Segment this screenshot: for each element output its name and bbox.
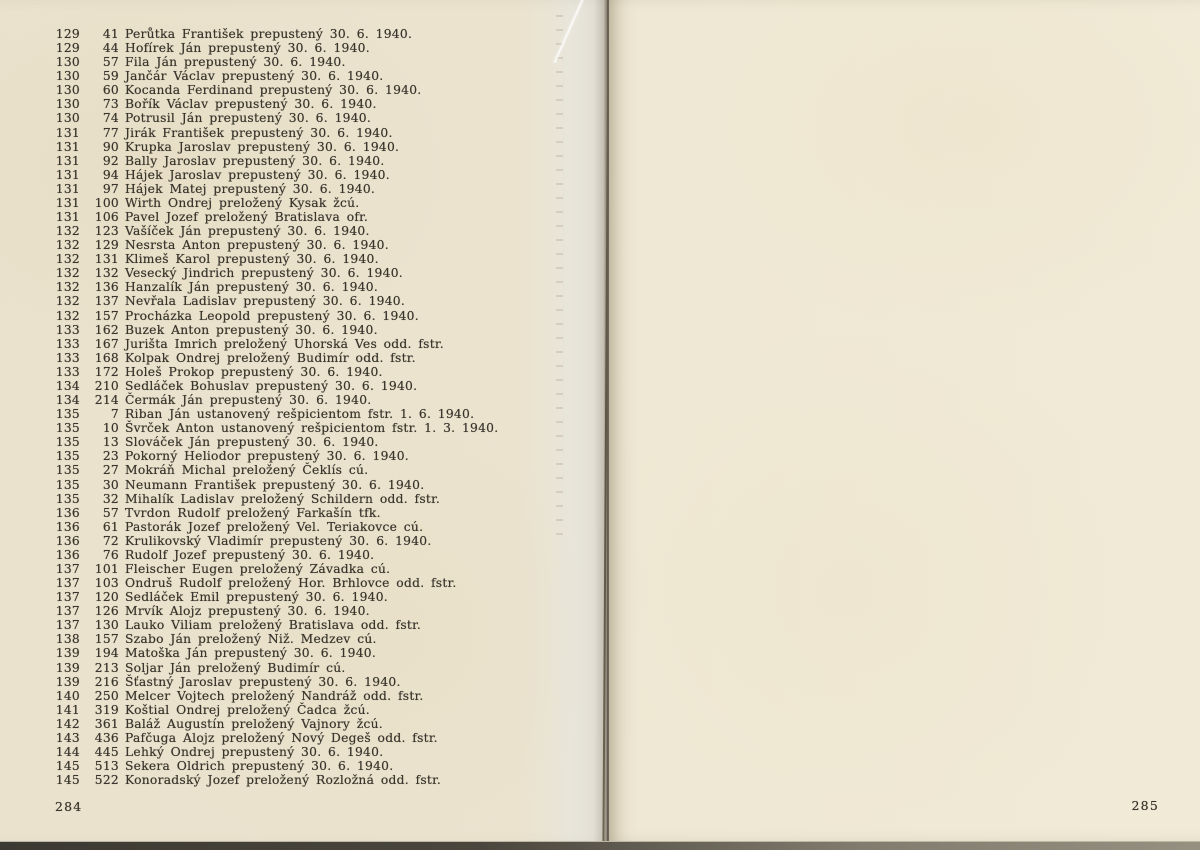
entry-text: Kocanda Ferdinand prepustený 30. 6. 1940… — [125, 83, 587, 97]
register-page-ref: 131 — [54, 168, 80, 182]
entry-text: Vašíček Ján prepustený 30. 6. 1940. — [125, 224, 587, 238]
register-entry-row: 137 101 Fleischer Eugen preložený Závadk… — [54, 562, 587, 576]
register-entry-row: 133 168 Kolpak Ondrej preložený Budimír … — [54, 351, 587, 365]
register-entry-row: 137 120 Sedláček Emil prepustený 30. 6. … — [54, 590, 587, 604]
register-entry-row: 130 57 Fila Ján prepustený 30. 6. 1940. — [54, 55, 587, 69]
entry-text: Pokorný Heliodor prepustený 30. 6. 1940. — [125, 449, 587, 463]
register-page-ref: 136 — [54, 548, 80, 562]
register-page-ref: 138 — [54, 632, 80, 646]
register-page-ref: 137 — [54, 604, 80, 618]
entry-number: 361 — [85, 717, 119, 731]
register-entry-row: 145 513 Sekera Oldrich prepustený 30. 6.… — [54, 759, 587, 773]
entry-number: 137 — [85, 294, 119, 308]
register-entry-row: 129 41 Perůtka František prepustený 30. … — [54, 27, 587, 41]
entry-number: 90 — [85, 140, 119, 154]
register-page-ref: 130 — [54, 69, 80, 83]
entry-text: Krulikovský Vladimír prepustený 30. 6. 1… — [125, 534, 587, 548]
register-entry-row: 142 361 Baláž Augustín preložený Vajnory… — [54, 717, 587, 731]
register-page-ref: 133 — [54, 365, 80, 379]
entry-text: Kolpak Ondrej preložený Budimír odd. fst… — [125, 351, 587, 365]
register-entry-row: 144 445 Lehký Ondrej prepustený 30. 6. 1… — [54, 745, 587, 759]
register-page-ref: 133 — [54, 323, 80, 337]
entry-number: 27 — [85, 463, 119, 477]
entry-number: 130 — [85, 618, 119, 632]
register-page-ref: 135 — [54, 449, 80, 463]
book-scan: 129 41 Perůtka František prepustený 30. … — [0, 0, 1200, 850]
entry-text: Bally Jaroslav prepustený 30. 6. 1940. — [125, 154, 587, 168]
entry-number: 216 — [85, 675, 119, 689]
entry-text: Buzek Anton prepustený 30. 6. 1940. — [125, 323, 587, 337]
register-page-ref: 135 — [54, 421, 80, 435]
register-page-ref: 137 — [54, 576, 80, 590]
left-page-entry-list: 129 41 Perůtka František prepustený 30. … — [54, 27, 587, 787]
entry-text: Vesecký Jindrich prepustený 30. 6. 1940. — [125, 266, 587, 280]
entry-number: 132 — [85, 266, 119, 280]
entry-number: 522 — [85, 773, 119, 787]
register-entry-row: 137 130 Lauko Viliam preložený Bratislav… — [54, 618, 587, 632]
register-entry-row: 131 106 Pavel Jozef preložený Bratislava… — [54, 210, 587, 224]
register-page-ref: 145 — [54, 759, 80, 773]
entry-number: 513 — [85, 759, 119, 773]
entry-number: 72 — [85, 534, 119, 548]
register-page-ref: 136 — [54, 506, 80, 520]
entry-number: 57 — [85, 506, 119, 520]
register-page-ref: 131 — [54, 154, 80, 168]
register-page-ref: 141 — [54, 703, 80, 717]
entry-text: Mihalík Ladislav preložený Schildern odd… — [125, 492, 587, 506]
entry-number: 194 — [85, 646, 119, 660]
entry-number: 23 — [85, 449, 119, 463]
entry-text: Nesrsta Anton prepustený 30. 6. 1940. — [125, 238, 587, 252]
entry-text: Mokráň Michal preložený Čeklís cú. — [125, 463, 587, 477]
register-entry-row: 143 436 Pafčuga Alojz preložený Nový Deg… — [54, 731, 587, 745]
register-entry-row: 135 13 Slováček Ján prepustený 30. 6. 19… — [54, 435, 587, 449]
register-page-ref: 132 — [54, 280, 80, 294]
entry-number: 172 — [85, 365, 119, 379]
left-page-number: 284 — [55, 799, 82, 814]
register-entry-row: 135 10 Švrček Anton ustanovený rešpicien… — [54, 421, 587, 435]
entry-number: 10 — [85, 421, 119, 435]
entry-number: 76 — [85, 548, 119, 562]
register-page-ref: 132 — [54, 266, 80, 280]
register-page-ref: 131 — [54, 140, 80, 154]
entry-text: Neumann František prepustený 30. 6. 1940… — [125, 478, 587, 492]
entry-number: 162 — [85, 323, 119, 337]
register-page-ref: 139 — [54, 646, 80, 660]
register-page-ref: 136 — [54, 520, 80, 534]
entry-number: 59 — [85, 69, 119, 83]
entry-text: Riban Ján ustanovený rešpicientom fstr. … — [125, 407, 587, 421]
register-entry-row: 131 97 Hájek Matej prepustený 30. 6. 194… — [54, 182, 587, 196]
register-page-ref: 137 — [54, 618, 80, 632]
entry-number: 92 — [85, 154, 119, 168]
entry-text: Koštial Ondrej preložený Čadca žcú. — [125, 703, 587, 717]
register-entry-row: 130 73 Bořík Václav prepustený 30. 6. 19… — [54, 97, 587, 111]
register-entry-row: 133 167 Jurišta Imrich preložený Uhorská… — [54, 337, 587, 351]
register-entry-row: 135 27 Mokráň Michal preložený Čeklís cú… — [54, 463, 587, 477]
entry-text: Baláž Augustín preložený Vajnory žcú. — [125, 717, 587, 731]
register-entry-row: 140 250 Melcer Vojtech preložený Nandráž… — [54, 689, 587, 703]
entry-number: 136 — [85, 280, 119, 294]
register-page-ref: 130 — [54, 97, 80, 111]
register-page-ref: 135 — [54, 478, 80, 492]
register-page-ref: 133 — [54, 351, 80, 365]
entry-number: 129 — [85, 238, 119, 252]
entry-text: Švrček Anton ustanovený rešpicientom fst… — [125, 421, 587, 435]
entry-number: 101 — [85, 562, 119, 576]
entry-number: 167 — [85, 337, 119, 351]
register-page-ref: 132 — [54, 294, 80, 308]
entry-number: 44 — [85, 41, 119, 55]
register-entry-row: 130 60 Kocanda Ferdinand prepustený 30. … — [54, 83, 587, 97]
entry-number: 77 — [85, 126, 119, 140]
register-entry-row: 132 137 Nevřala Ladislav prepustený 30. … — [54, 294, 587, 308]
entry-text: Hájek Jaroslav prepustený 30. 6. 1940. — [125, 168, 587, 182]
entry-text: Šťastný Jaroslav prepustený 30. 6. 1940. — [125, 675, 587, 689]
entry-text: Szabo Ján preložený Niž. Medzev cú. — [125, 632, 587, 646]
register-page-ref: 131 — [54, 182, 80, 196]
entry-text: Pafčuga Alojz preložený Nový Degeš odd. … — [125, 731, 587, 745]
register-page-ref: 132 — [54, 252, 80, 266]
entry-text: Matoška Ján prepustený 30. 6. 1940. — [125, 646, 587, 660]
register-entry-row: 141 319 Koštial Ondrej preložený Čadca ž… — [54, 703, 587, 717]
entry-text: Jirák František prepustený 30. 6. 1940. — [125, 126, 587, 140]
entry-text: Konoradský Jozef preložený Rozložná odd.… — [125, 773, 587, 787]
register-entry-row: 131 90 Krupka Jaroslav prepustený 30. 6.… — [54, 140, 587, 154]
register-page-ref: 130 — [54, 55, 80, 69]
register-page-ref: 140 — [54, 689, 80, 703]
entry-text: Bořík Václav prepustený 30. 6. 1940. — [125, 97, 587, 111]
entry-number: 103 — [85, 576, 119, 590]
entry-number: 250 — [85, 689, 119, 703]
entry-text: Hofírek Ján prepustený 30. 6. 1940. — [125, 41, 587, 55]
register-page-ref: 142 — [54, 717, 80, 731]
entry-number: 214 — [85, 393, 119, 407]
entry-text: Melcer Vojtech preložený Nandráž odd. fs… — [125, 689, 587, 703]
register-entry-row: 131 92 Bally Jaroslav prepustený 30. 6. … — [54, 154, 587, 168]
entry-text: Ondruš Rudolf preložený Hor. Brhlovce od… — [125, 576, 587, 590]
entry-number: 319 — [85, 703, 119, 717]
register-entry-row: 137 103 Ondruš Rudolf preložený Hor. Brh… — [54, 576, 587, 590]
register-entry-row: 138 157 Szabo Ján preložený Niž. Medzev … — [54, 632, 587, 646]
register-page-ref: 135 — [54, 492, 80, 506]
register-entry-row: 132 123 Vašíček Ján prepustený 30. 6. 19… — [54, 224, 587, 238]
register-entry-row: 131 77 Jirák František prepustený 30. 6.… — [54, 126, 587, 140]
register-page-ref: 135 — [54, 463, 80, 477]
register-page-ref: 130 — [54, 83, 80, 97]
register-entry-row: 136 72 Krulikovský Vladimír prepustený 3… — [54, 534, 587, 548]
register-entry-row: 133 162 Buzek Anton prepustený 30. 6. 19… — [54, 323, 587, 337]
entry-text: Klimeš Karol prepustený 30. 6. 1940. — [125, 252, 587, 266]
register-entry-row: 133 172 Holeš Prokop prepustený 30. 6. 1… — [54, 365, 587, 379]
right-page-number: 285 — [1132, 798, 1159, 813]
register-entry-row: 134 210 Sedláček Bohuslav prepustený 30.… — [54, 379, 587, 393]
register-page-ref: 131 — [54, 126, 80, 140]
entry-number: 126 — [85, 604, 119, 618]
register-entry-row: 132 136 Hanzalík Ján prepustený 30. 6. 1… — [54, 280, 587, 294]
entry-number: 210 — [85, 379, 119, 393]
register-page-ref: 144 — [54, 745, 80, 759]
register-entry-row: 136 61 Pastorák Jozef preložený Vel. Ter… — [54, 520, 587, 534]
entry-text: Pavel Jozef preložený Bratislava ofr. — [125, 210, 587, 224]
entry-text: Procházka Leopold prepustený 30. 6. 1940… — [125, 309, 587, 323]
register-page-ref: 145 — [54, 773, 80, 787]
entry-number: 100 — [85, 196, 119, 210]
entry-number: 61 — [85, 520, 119, 534]
entry-number: 213 — [85, 661, 119, 675]
entry-number: 13 — [85, 435, 119, 449]
register-entry-row: 129 44 Hofírek Ján prepustený 30. 6. 194… — [54, 41, 587, 55]
register-entry-row: 132 131 Klimeš Karol prepustený 30. 6. 1… — [54, 252, 587, 266]
register-page-ref: 135 — [54, 435, 80, 449]
entry-number: 157 — [85, 632, 119, 646]
entry-number: 168 — [85, 351, 119, 365]
register-entry-row: 139 213 Soljar Ján preložený Budimír cú. — [54, 661, 587, 675]
register-page-ref: 134 — [54, 393, 80, 407]
entry-text: Sekera Oldrich prepustený 30. 6. 1940. — [125, 759, 587, 773]
register-entry-row: 139 216 Šťastný Jaroslav prepustený 30. … — [54, 675, 587, 689]
register-entry-row: 130 59 Jančár Václav prepustený 30. 6. 1… — [54, 69, 587, 83]
register-page-ref: 137 — [54, 590, 80, 604]
register-page-ref: 130 — [54, 111, 80, 125]
register-page-ref: 129 — [54, 41, 80, 55]
register-entry-row: 139 194 Matoška Ján prepustený 30. 6. 19… — [54, 646, 587, 660]
register-page-ref: 135 — [54, 407, 80, 421]
register-entry-row: 136 57 Tvrdon Rudolf preložený Farkašín … — [54, 506, 587, 520]
entry-number: 32 — [85, 492, 119, 506]
entry-text: Lauko Viliam preložený Bratislava odd. f… — [125, 618, 587, 632]
entry-text: Soljar Ján preložený Budimír cú. — [125, 661, 587, 675]
register-entry-row: 135 30 Neumann František prepustený 30. … — [54, 478, 587, 492]
entry-number: 94 — [85, 168, 119, 182]
register-page-ref: 143 — [54, 731, 80, 745]
register-page-ref: 129 — [54, 27, 80, 41]
entry-text: Jančár Václav prepustený 30. 6. 1940. — [125, 69, 587, 83]
register-page-ref: 133 — [54, 337, 80, 351]
entry-text: Hanzalík Ján prepustený 30. 6. 1940. — [125, 280, 587, 294]
register-entry-row: 136 76 Rudolf Jozef prepustený 30. 6. 19… — [54, 548, 587, 562]
entry-number: 73 — [85, 97, 119, 111]
register-page-ref: 131 — [54, 196, 80, 210]
register-page-ref: 132 — [54, 309, 80, 323]
entry-number: 157 — [85, 309, 119, 323]
register-page-ref: 132 — [54, 224, 80, 238]
register-entry-row: 131 100 Wirth Ondrej preložený Kysak žcú… — [54, 196, 587, 210]
entry-text: Tvrdon Rudolf preložený Farkašín tfk. — [125, 506, 587, 520]
entry-text: Krupka Jaroslav prepustený 30. 6. 1940. — [125, 140, 587, 154]
register-entry-row: 135 7 Riban Ján ustanovený rešpicientom … — [54, 407, 587, 421]
register-entry-row: 134 214 Čermák Ján prepustený 30. 6. 194… — [54, 393, 587, 407]
register-page-ref: 139 — [54, 675, 80, 689]
register-page-ref: 132 — [54, 238, 80, 252]
entry-number: 74 — [85, 111, 119, 125]
register-page-ref: 139 — [54, 661, 80, 675]
register-entry-row: 131 94 Hájek Jaroslav prepustený 30. 6. … — [54, 168, 587, 182]
register-entry-row: 137 126 Mrvík Alojz prepustený 30. 6. 19… — [54, 604, 587, 618]
entry-number: 30 — [85, 478, 119, 492]
register-page-ref: 136 — [54, 534, 80, 548]
register-entry-row: 132 132 Vesecký Jindrich prepustený 30. … — [54, 266, 587, 280]
scan-bottom-edge — [0, 841, 1200, 850]
entry-number: 57 — [85, 55, 119, 69]
entry-number: 97 — [85, 182, 119, 196]
entry-text: Mrvík Alojz prepustený 30. 6. 1940. — [125, 604, 587, 618]
entry-number: 445 — [85, 745, 119, 759]
register-entry-row: 130 74 Potrusil Ján prepustený 30. 6. 19… — [54, 111, 587, 125]
left-page: 129 41 Perůtka František prepustený 30. … — [0, 0, 607, 843]
register-entry-row: 135 23 Pokorný Heliodor prepustený 30. 6… — [54, 449, 587, 463]
entry-number: 123 — [85, 224, 119, 238]
register-entry-row: 132 129 Nesrsta Anton prepustený 30. 6. … — [54, 238, 587, 252]
entry-number: 106 — [85, 210, 119, 224]
entry-number: 436 — [85, 731, 119, 745]
entry-text: Potrusil Ján prepustený 30. 6. 1940. — [125, 111, 587, 125]
entry-number: 41 — [85, 27, 119, 41]
entry-text: Perůtka František prepustený 30. 6. 1940… — [125, 27, 587, 41]
entry-number: 120 — [85, 590, 119, 604]
register-page-ref: 134 — [54, 379, 80, 393]
entry-text: Jurišta Imrich preložený Uhorská Ves odd… — [125, 337, 587, 351]
entry-number: 60 — [85, 83, 119, 97]
register-entry-row: 145 522 Konoradský Jozef preložený Rozlo… — [54, 773, 587, 787]
entry-text: Nevřala Ladislav prepustený 30. 6. 1940. — [125, 294, 587, 308]
entry-text: Hájek Matej prepustený 30. 6. 1940. — [125, 182, 587, 196]
entry-text: Rudolf Jozef prepustený 30. 6. 1940. — [125, 548, 587, 562]
entry-text: Sedláček Emil prepustený 30. 6. 1940. — [125, 590, 587, 604]
entry-text: Čermák Ján prepustený 30. 6. 1940. — [125, 393, 587, 407]
entry-text: Fila Ján prepustený 30. 6. 1940. — [125, 55, 587, 69]
register-page-ref: 131 — [54, 210, 80, 224]
entry-text: Lehký Ondrej prepustený 30. 6. 1940. — [125, 745, 587, 759]
right-page: 145 524 Konečný Oldrich prepustený 30. 6… — [609, 0, 1200, 843]
entry-number: 7 — [85, 407, 119, 421]
register-entry-row: 135 32 Mihalík Ladislav preložený Schild… — [54, 492, 587, 506]
entry-text: Slováček Ján prepustený 30. 6. 1940. — [125, 435, 587, 449]
register-page-ref: 137 — [54, 562, 80, 576]
register-entry-row: 132 157 Procházka Leopold prepustený 30.… — [54, 309, 587, 323]
entry-text: Fleischer Eugen preložený Závadka cú. — [125, 562, 587, 576]
entry-text: Pastorák Jozef preložený Vel. Teriakovce… — [125, 520, 587, 534]
entry-text: Holeš Prokop prepustený 30. 6. 1940. — [125, 365, 587, 379]
entry-number: 131 — [85, 252, 119, 266]
entry-text: Wirth Ondrej preložený Kysak žcú. — [125, 196, 587, 210]
entry-text: Sedláček Bohuslav prepustený 30. 6. 1940… — [125, 379, 587, 393]
